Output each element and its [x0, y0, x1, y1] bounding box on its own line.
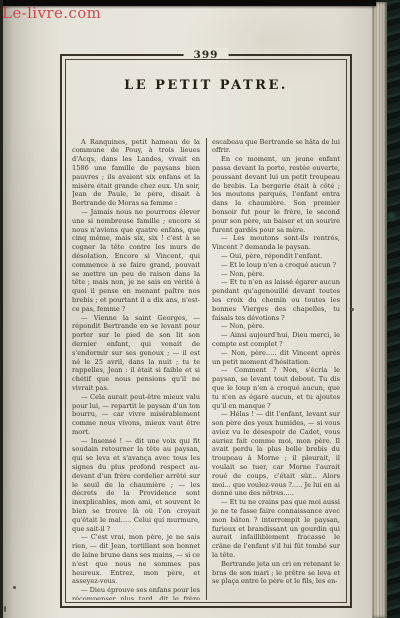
paragraph: — Les moutons sont-ils rentrés, Vincent … [212, 234, 340, 252]
paragraph: escabeau que Bertrande se hâta de lui of… [212, 138, 340, 156]
paragraph: — Insensé ! — dit une voix qui fit souda… [72, 437, 200, 534]
paragraph: — Vienne la saint Georges, — répondit Be… [72, 314, 200, 393]
right-column: escabeau que Bertrande se hâta de lui of… [212, 138, 340, 600]
book-photo: 399 LE PETIT PATRE. A Ranquines, petit h… [0, 0, 400, 618]
page-frame: 399 LE PETIT PATRE. A Ranquines, petit h… [60, 54, 352, 608]
book-page: 399 LE PETIT PATRE. A Ranquines, petit h… [3, 3, 372, 618]
paragraph: — Non, père..... dit Vincent après un pe… [212, 349, 340, 367]
paragraph: — Et tu n'en as laissé égarer aucun pend… [212, 278, 340, 322]
ink-speck [351, 308, 354, 311]
left-column: A Ranquines, petit hameau de la commune … [72, 138, 200, 600]
paragraph: — Comment ? Non, s'écria le paysan, se l… [212, 366, 340, 410]
paragraph: — Dieu éprouve ses enfans pour les récom… [72, 586, 200, 599]
paragraph: — Et tu ne crains pas que moi aussi je n… [212, 498, 340, 560]
paragraph: — Non, père. [212, 270, 340, 279]
column-divider [206, 138, 207, 600]
paragraph: — Ainsi aujourd'hui, Dieu merci, le comp… [212, 331, 340, 349]
text-columns: A Ranquines, petit hameau de la commune … [72, 138, 340, 600]
page-title: LE PETIT PATRE. [72, 78, 340, 94]
paragraph: — Cela aurait peut-être mieux valu pour … [72, 393, 200, 437]
page-edges-strip [371, 2, 387, 618]
paragraph: — Jamais nous ne pourrons élever une si … [72, 208, 200, 314]
paragraph: — C'est vrai, mon père, je ne sais rien,… [72, 533, 200, 586]
paragraph: — Non, père. [212, 322, 340, 331]
watermark: Le-livre.com [2, 4, 101, 22]
paragraph: — Et le loup n'en a croqué aucun ? [212, 261, 340, 270]
paragraph: — Hélas ! — dit l'enfant, levant sur son… [212, 410, 340, 498]
ink-speck [13, 586, 16, 589]
ink-speck [4, 606, 6, 612]
scan-left-edge [0, 0, 3, 618]
paragraph: A Ranquines, petit hameau de la commune … [72, 138, 200, 208]
paragraph: — Oui, père, répondit l'enfant. [212, 252, 340, 261]
paragraph: En ce moment, un jeune enfant passa deva… [212, 155, 340, 234]
frame-inner: LE PETIT PATRE. A Ranquines, petit hamea… [65, 59, 347, 603]
paragraph: Bertrande jeta un cri en retenant le bra… [212, 560, 340, 586]
